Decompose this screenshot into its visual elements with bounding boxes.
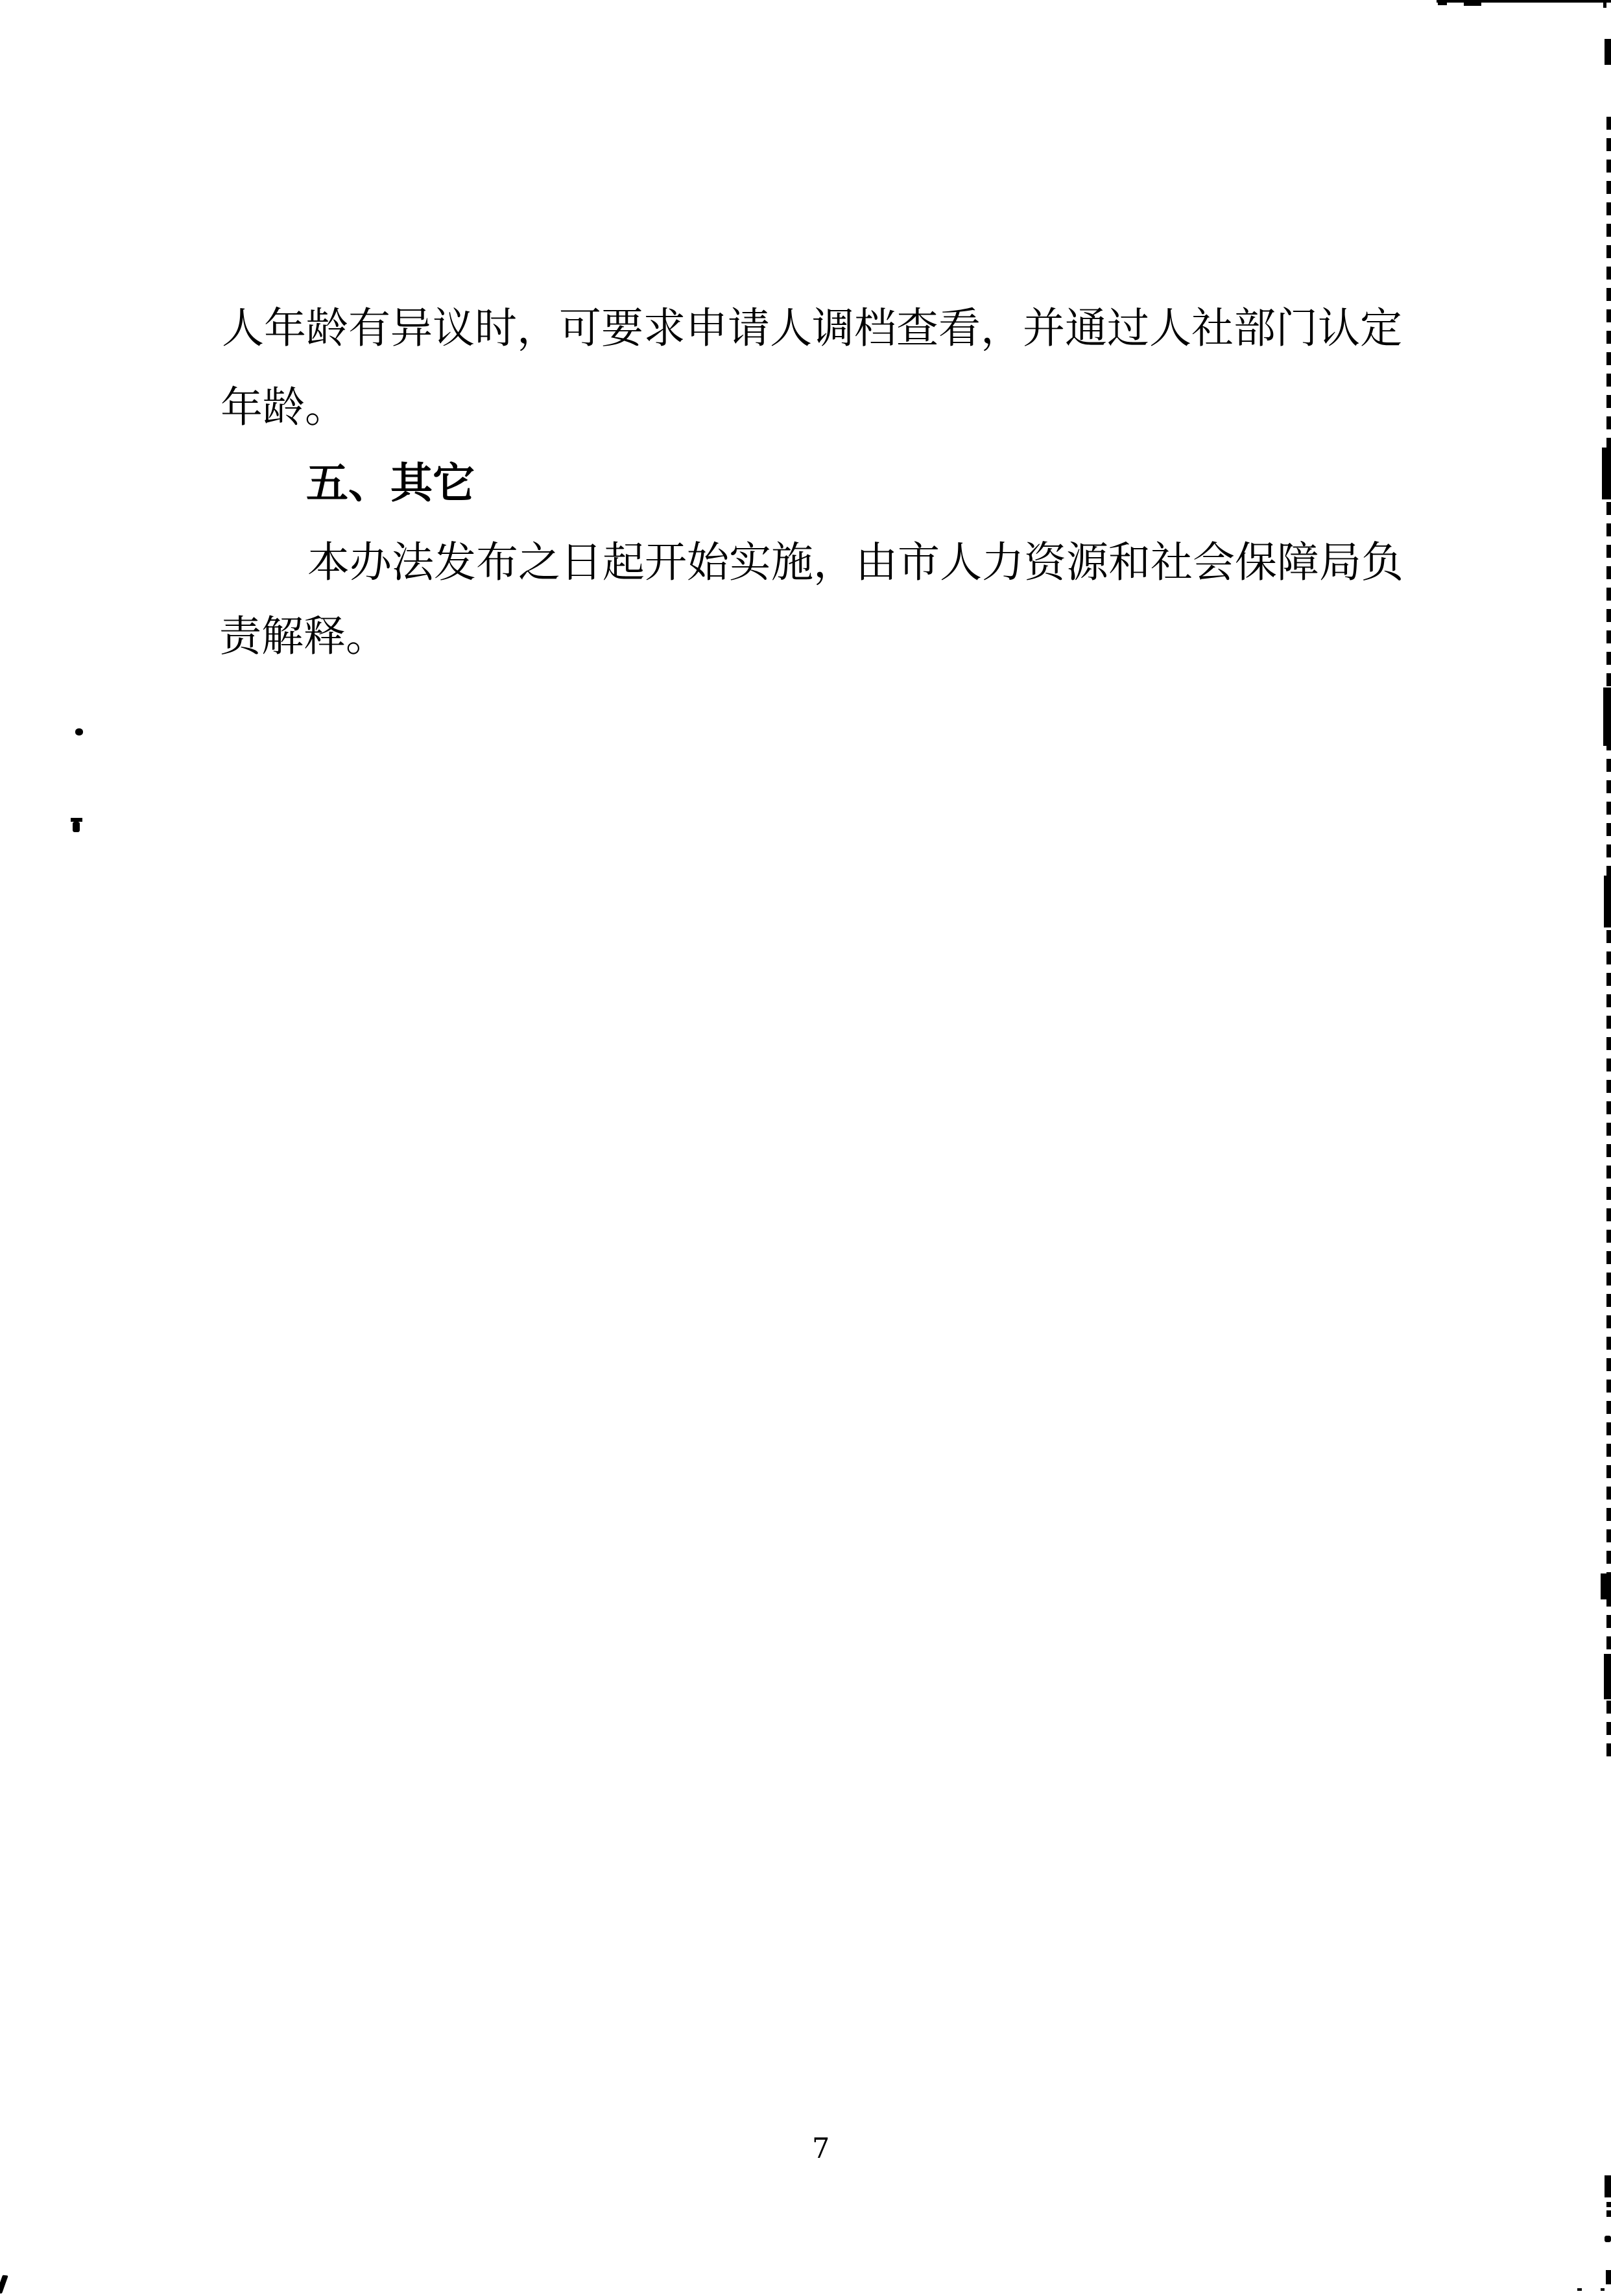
scan-artifact-bottom-left-corner xyxy=(0,2275,8,2294)
scan-artifact-top-corner-tick xyxy=(1603,0,1606,8)
scan-artifact-right-patch-4 xyxy=(1601,1573,1611,1599)
scan-artifact-right-patch-1 xyxy=(1602,448,1611,499)
scan-artifact-right-bar xyxy=(1605,39,1611,65)
scan-artifact-top-edge-line xyxy=(1437,0,1611,3)
page-number: 7 xyxy=(812,2135,829,2163)
scan-artifact-bottom-right-1 xyxy=(1605,2175,1611,2197)
scan-artifact-bottom-dot-2 xyxy=(1601,2288,1605,2291)
scan-artifact-right-patch-5 xyxy=(1604,1654,1611,1699)
scan-artifact-bottom-dot-1 xyxy=(1577,2288,1582,2291)
body-text-line-2: 年龄。 xyxy=(221,387,347,429)
closing-paragraph-line-2: 责解释。 xyxy=(219,616,388,658)
closing-paragraph-line-1: 本办法发布之日起开始实施，由市人力资源和社会保障局负 xyxy=(307,542,1403,584)
scan-artifact-right-patch-3 xyxy=(1604,876,1611,927)
scan-artifact-bottom-right-3 xyxy=(1606,2210,1611,2217)
scan-artifact-left-dot xyxy=(75,728,83,735)
scan-artifact-right-patch-2 xyxy=(1603,688,1611,746)
section-heading: 五、其它 xyxy=(306,462,475,505)
scan-artifact-bottom-right-5 xyxy=(1606,2270,1611,2284)
scan-artifact-left-flag-blob xyxy=(73,822,80,832)
scan-artifact-bottom-right-4 xyxy=(1605,2236,1611,2242)
body-text-line-1: 人年龄有异议时，可要求申请人调档查看，并通过人社部门认定 xyxy=(222,307,1402,350)
scan-artifact-bottom-right-2 xyxy=(1606,2202,1611,2207)
scan-artifact-right-edge-strip xyxy=(1606,117,1611,1764)
scanned-document-page: 人年龄有异议时，可要求申请人调档查看，并通过人社部门认定 年龄。 五、其它 本办… xyxy=(0,0,1611,2296)
scan-artifact-top-notch-2 xyxy=(1464,0,1481,6)
scan-artifact-top-notch-1 xyxy=(1438,0,1447,5)
